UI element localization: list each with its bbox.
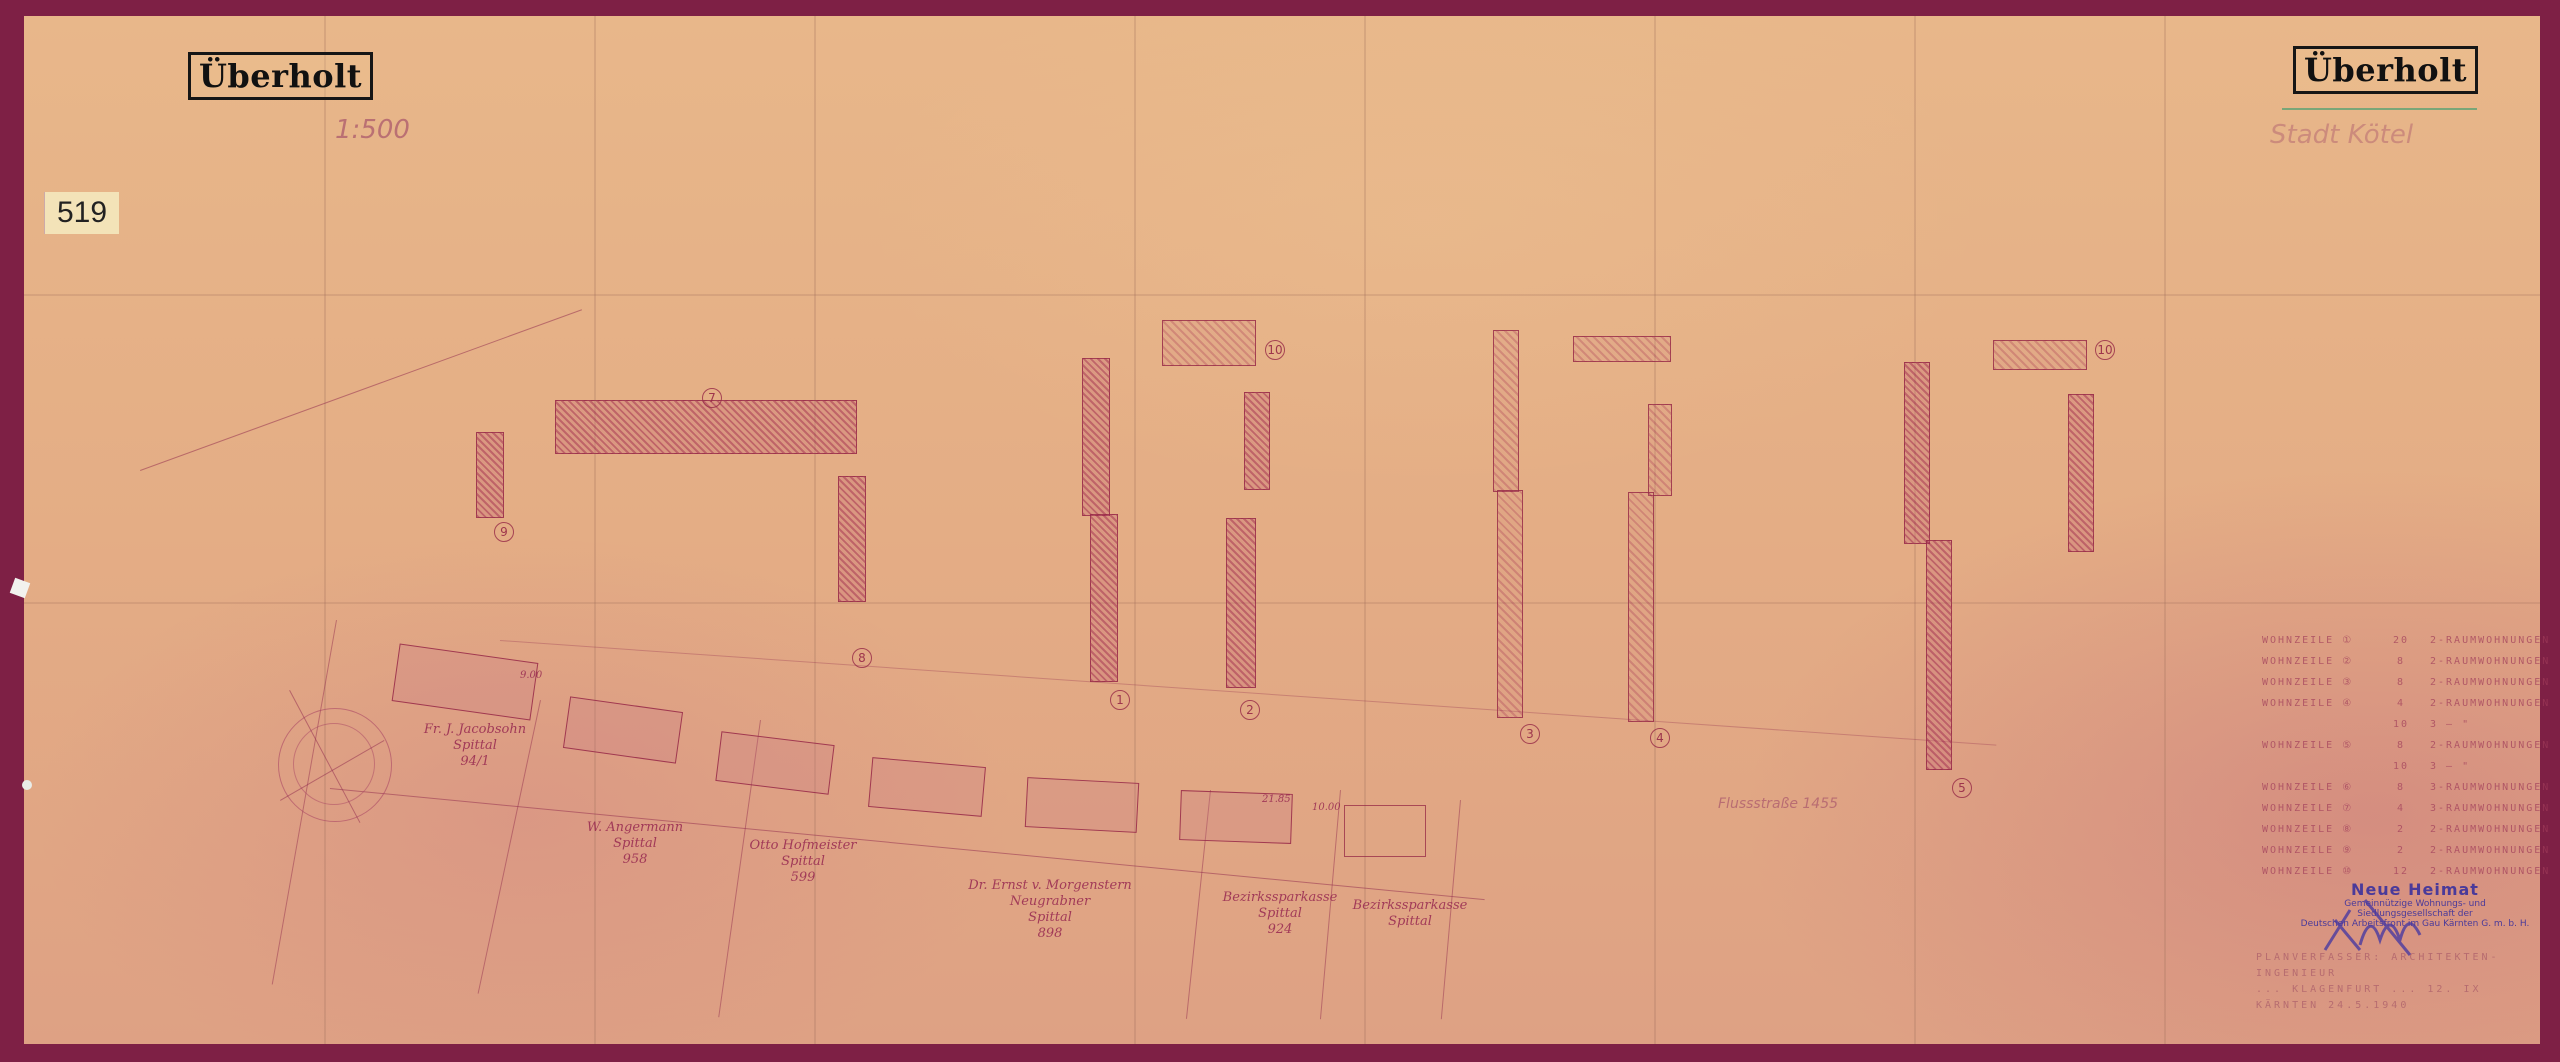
legend-cell: 2-RAUMWOHNUNGEN <box>2430 635 2550 646</box>
north-arrow-compass <box>278 708 392 822</box>
parcel-number: 599 <box>738 870 868 886</box>
building-4-north[interactable] <box>1648 404 1672 496</box>
planner-note: PLANVERFASSER: ARCHITEKTEN-INGENIEUR ...… <box>2256 950 2560 1014</box>
house-roof-plan[interactable] <box>1025 777 1139 833</box>
legend-cell: 2 <box>2386 845 2416 856</box>
parcel-owner: Dr. Ernst v. Morgenstern Neugrabner <box>960 878 1140 910</box>
parcel-owner: Bezirkssparkasse <box>1220 890 1340 906</box>
dimension-label: 10.00 <box>1312 800 1341 816</box>
legend-cell: 3-RAUMWOHNUNGEN <box>2430 782 2550 793</box>
parcel-number: 924 <box>1220 922 1340 938</box>
legend-cell: WOHNZEILE ② <box>2262 656 2372 667</box>
legend-row: WOHNZEILE ⑨22-RAUMWOHNUNGEN <box>2262 840 2560 861</box>
legend-cell: 8 <box>2386 740 2416 751</box>
legend-cell: 2-RAUMWOHNUNGEN <box>2430 656 2550 667</box>
legend-row: WOHNZEILE ④42-RAUMWOHNUNGEN <box>2262 693 2560 714</box>
legend-cell: 2-RAUMWOHNUNGEN <box>2430 845 2550 856</box>
building-number: 9 <box>494 522 514 542</box>
parcel-label: Fr. J. Jacobsohn Spittal 94/1 <box>410 722 540 770</box>
legend-cell: 2-RAUMWOHNUNGEN <box>2430 698 2550 709</box>
legend-cell: WOHNZEILE ① <box>2262 635 2372 646</box>
fold-line <box>24 294 2540 296</box>
fold-line <box>2164 16 2166 1044</box>
parcel-place: Spittal <box>570 836 700 852</box>
parcel-place: Spittal <box>410 738 540 754</box>
parcel-label: Bezirkssparkasse Spittal <box>1350 898 1470 930</box>
building-1-north[interactable] <box>1082 358 1110 516</box>
legend-cell: 2-RAUMWOHNUNGEN <box>2430 740 2550 751</box>
building-number: 2 <box>1240 700 1260 720</box>
parcel-owner: Bezirkssparkasse <box>1350 898 1470 914</box>
legend-row: WOHNZEILE ②82-RAUMWOHNUNGEN <box>2262 651 2560 672</box>
parcel-owner: Otto Hofmeister <box>738 838 868 854</box>
building-number: 3 <box>1520 724 1540 744</box>
legend-row: WOHNZEILE ⑦43-RAUMWOHNUNGEN <box>2262 798 2560 819</box>
scale-note: 1:500 <box>335 115 410 145</box>
legend-row: WOHNZEILE ⑩122-RAUMWOHNUNGEN <box>2262 861 2560 882</box>
building-number: 5 <box>1952 778 1972 798</box>
legend-cell: 10 <box>2386 761 2416 772</box>
legend-cell: WOHNZEILE ⑥ <box>2262 782 2372 793</box>
building-3-north[interactable] <box>1493 330 1519 492</box>
fold-line <box>324 16 326 1044</box>
legend-cell: 4 <box>2386 803 2416 814</box>
housing-legend: WOHNZEILE ①202-RAUMWOHNUNGEN WOHNZEILE ②… <box>2262 630 2560 882</box>
dimension-label: 9.00 <box>520 668 542 684</box>
dimension-label: 21.85 <box>1262 792 1291 808</box>
house-outline[interactable] <box>1344 805 1426 857</box>
legend-row: WOHNZEILE ⑥83-RAUMWOHNUNGEN <box>2262 777 2560 798</box>
fold-line <box>24 602 2540 604</box>
parcel-label: Bezirkssparkasse Spittal 924 <box>1220 890 1340 938</box>
building-2-north[interactable] <box>1244 392 1270 490</box>
building-number: 1 <box>1110 690 1130 710</box>
building-10-center[interactable] <box>1573 336 1671 362</box>
building-5-north[interactable] <box>1904 362 1930 544</box>
legend-row: WOHNZEILE ③82-RAUMWOHNUNGEN <box>2262 672 2560 693</box>
punch-hole <box>22 780 32 790</box>
legend-cell: WOHNZEILE ③ <box>2262 677 2372 688</box>
fold-line <box>1654 16 1656 1044</box>
legend-cell: 3 – " <box>2430 719 2470 730</box>
legend-cell: 2-RAUMWOHNUNGEN <box>2430 677 2550 688</box>
parcel-place: Spittal <box>960 910 1140 926</box>
building-7[interactable] <box>555 400 857 454</box>
legend-cell: 8 <box>2386 782 2416 793</box>
legend-cell: WOHNZEILE ⑧ <box>2262 824 2372 835</box>
parcel-place: Spittal <box>1220 906 1340 922</box>
building-number: 4 <box>1650 728 1670 748</box>
legend-row: WOHNZEILE ⑧22-RAUMWOHNUNGEN <box>2262 819 2560 840</box>
legend-cell: 3-RAUMWOHNUNGEN <box>2430 803 2550 814</box>
legend-row: 103 – " <box>2262 714 2560 735</box>
parcel-label: Dr. Ernst v. Morgenstern Neugrabner Spit… <box>960 878 1140 942</box>
legend-cell: 2-RAUMWOHNUNGEN <box>2430 866 2550 877</box>
house-roof-plan[interactable] <box>868 757 986 817</box>
road-note: Flussstraße 1455 <box>1718 796 1838 812</box>
building-3-south[interactable] <box>1497 490 1523 718</box>
legend-cell: 20 <box>2386 635 2416 646</box>
parcel-owner: W. Angermann <box>570 820 700 836</box>
building-8[interactable] <box>838 476 866 602</box>
stamp-ueberholt-left: Überholt <box>188 52 373 100</box>
note-line: PLANVERFASSER: ARCHITEKTEN-INGENIEUR <box>2256 950 2560 982</box>
parcel-label: Otto Hofmeister Spittal 599 <box>738 838 868 886</box>
legend-cell: WOHNZEILE ④ <box>2262 698 2372 709</box>
building-2-south[interactable] <box>1226 518 1256 688</box>
green-underline <box>2282 108 2477 110</box>
legend-cell: WOHNZEILE ⑤ <box>2262 740 2372 751</box>
legend-cell: WOHNZEILE ⑦ <box>2262 803 2372 814</box>
building-5-south[interactable] <box>1926 540 1952 770</box>
parcel-number: 898 <box>960 926 1140 942</box>
building-9[interactable] <box>476 432 504 518</box>
legend-cell: 2 <box>2386 824 2416 835</box>
building-number: 8 <box>852 648 872 668</box>
fold-line <box>814 16 816 1044</box>
building-4-south[interactable] <box>1628 492 1654 722</box>
note-line: KÄRNTEN 24.5.1940 <box>2256 998 2560 1014</box>
legend-row: WOHNZEILE ⑤82-RAUMWOHNUNGEN <box>2262 735 2560 756</box>
legend-row: 103 – " <box>2262 756 2560 777</box>
legend-cell: 12 <box>2386 866 2416 877</box>
parcel-number: 94/1 <box>410 754 540 770</box>
parcel-number: 958 <box>570 852 700 868</box>
fold-line <box>1364 16 1366 1044</box>
building-number: 7 <box>702 388 722 408</box>
fold-line <box>594 16 596 1044</box>
legend-cell: 8 <box>2386 656 2416 667</box>
legend-cell: WOHNZEILE ⑨ <box>2262 845 2372 856</box>
building-number: 10 <box>2095 340 2115 360</box>
parcel-label: W. Angermann Spittal 958 <box>570 820 700 868</box>
legend-row: WOHNZEILE ①202-RAUMWOHNUNGEN <box>2262 630 2560 651</box>
building-10-east[interactable] <box>1993 340 2087 370</box>
stamp-ueberholt-right: Überholt <box>2293 46 2478 94</box>
building-6[interactable] <box>2068 394 2094 552</box>
legend-cell: 2-RAUMWOHNUNGEN <box>2430 824 2550 835</box>
building-number: 10 <box>1265 340 1285 360</box>
archive-number-label: 519 <box>44 192 119 234</box>
parcel-place: Spittal <box>738 854 868 870</box>
legend-cell: 10 <box>2386 719 2416 730</box>
legend-cell: 4 <box>2386 698 2416 709</box>
legend-cell: 8 <box>2386 677 2416 688</box>
parcel-place: Spittal <box>1350 914 1470 930</box>
parcel-owner: Fr. J. Jacobsohn <box>410 722 540 738</box>
legend-cell: WOHNZEILE ⑩ <box>2262 866 2372 877</box>
note-line: ... KLAGENFURT ... 12. IX <box>2256 982 2560 998</box>
legend-cell: 3 – " <box>2430 761 2470 772</box>
building-1-south[interactable] <box>1090 514 1118 682</box>
title-pencil: Stadt Kötel <box>2270 120 2413 150</box>
building-10-west[interactable] <box>1162 320 1256 366</box>
